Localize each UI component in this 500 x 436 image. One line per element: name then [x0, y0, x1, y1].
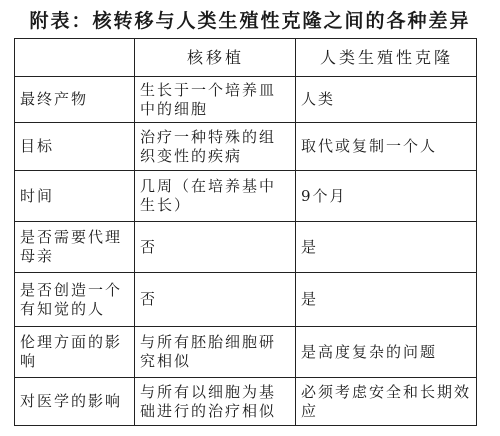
row-label: 伦理方面的影响	[15, 327, 135, 378]
header-nuclear-transfer: 核移植	[135, 39, 296, 77]
cell-reproductive-cloning: 人类	[296, 77, 477, 123]
row-label: 最终产物	[15, 77, 135, 123]
table-row: 最终产物 生长于一个培养皿中的细胞 人类	[15, 77, 477, 123]
cell-nuclear-transfer: 与所有胚胎细胞研究相似	[135, 327, 296, 378]
cell-nuclear-transfer: 否	[135, 222, 296, 273]
cell-nuclear-transfer: 否	[135, 273, 296, 327]
table-row: 对医学的影响 与所有以细胞为基础进行的治疗相似 必须考虑安全和长期效应	[15, 378, 477, 426]
header-reproductive-cloning: 人类生殖性克隆	[296, 39, 477, 77]
table-row: 目标 治疗一种特殊的组织变性的疾病 取代或复制一个人	[15, 123, 477, 171]
cell-reproductive-cloning: 是高度复杂的问题	[296, 327, 477, 378]
cell-reproductive-cloning: 取代或复制一个人	[296, 123, 477, 171]
comparison-table: 核移植 人类生殖性克隆 最终产物 生长于一个培养皿中的细胞 人类 目标 治疗一种…	[14, 38, 477, 426]
row-label: 对医学的影响	[15, 378, 135, 426]
cell-reproductive-cloning: 9个月	[296, 171, 477, 222]
table-header-row: 核移植 人类生殖性克隆	[15, 39, 477, 77]
row-label: 是否需要代理母亲	[15, 222, 135, 273]
row-label: 是否创造一个有知觉的人	[15, 273, 135, 327]
cell-nuclear-transfer: 几周（在培养基中生长）	[135, 171, 296, 222]
table-row: 是否需要代理母亲 否 是	[15, 222, 477, 273]
cell-reproductive-cloning: 是	[296, 273, 477, 327]
cell-nuclear-transfer: 治疗一种特殊的组织变性的疾病	[135, 123, 296, 171]
header-empty-cell	[15, 39, 135, 77]
cell-reproductive-cloning: 是	[296, 222, 477, 273]
row-label: 时间	[15, 171, 135, 222]
cell-reproductive-cloning: 必须考虑安全和长期效应	[296, 378, 477, 426]
cell-nuclear-transfer: 与所有以细胞为基础进行的治疗相似	[135, 378, 296, 426]
table-row: 是否创造一个有知觉的人 否 是	[15, 273, 477, 327]
table-row: 时间 几周（在培养基中生长） 9个月	[15, 171, 477, 222]
row-label: 目标	[15, 123, 135, 171]
table-title: 附表：核转移与人类生殖性克隆之间的各种差异	[0, 6, 500, 33]
cell-nuclear-transfer: 生长于一个培养皿中的细胞	[135, 77, 296, 123]
table-row: 伦理方面的影响 与所有胚胎细胞研究相似 是高度复杂的问题	[15, 327, 477, 378]
